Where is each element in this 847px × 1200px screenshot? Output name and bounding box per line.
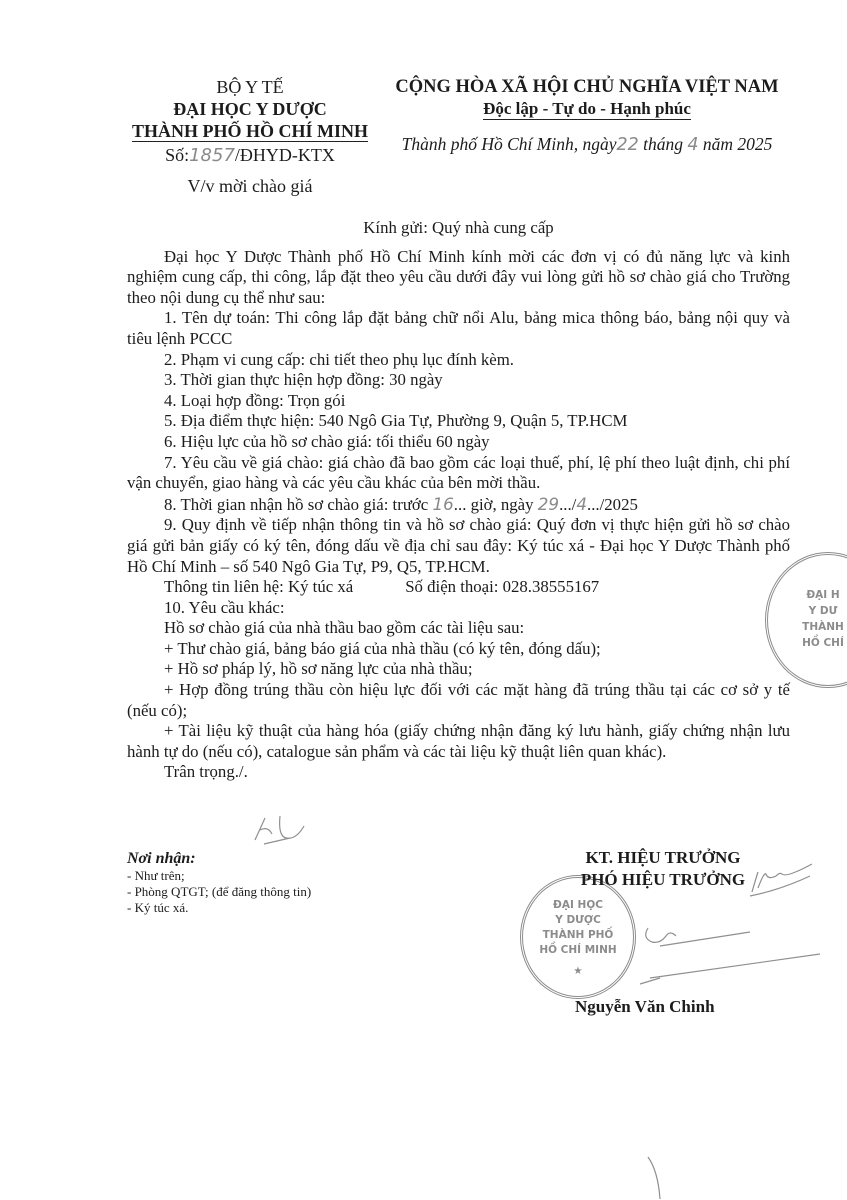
date-prefix: Thành phố Hồ Chí Minh, ngày xyxy=(402,134,617,154)
item-8: 8. Thời gian nhận hồ sơ chào giá: trước … xyxy=(127,494,790,516)
deadline-hour: 16 xyxy=(432,494,453,514)
ministry-name: BỘ Y TẾ xyxy=(100,76,400,98)
doc-number-prefix: Số: xyxy=(165,145,189,165)
item-8-prefix: 8. Thời gian nhận hồ sơ chào giá: trước xyxy=(164,495,428,514)
signer-name: Nguyễn Văn Chinh xyxy=(575,997,715,1017)
item-7: 7. Yêu cầu về giá chào: giá chào đã bao … xyxy=(127,453,790,494)
doc-number-suffix: /ĐHYD-KTX xyxy=(235,145,335,165)
closing: Trân trọng./. xyxy=(127,762,790,783)
issuer-block: BỘ Y TẾ ĐẠI HỌC Y DƯỢC THÀNH PHỐ HỒ CHÍ … xyxy=(100,76,400,197)
deadline-year: /2025 xyxy=(600,495,638,514)
item-10: 10. Yêu cầu khác: xyxy=(127,598,790,619)
item-8-hour-label: giờ, ngày xyxy=(471,495,534,514)
item-4: 4. Loại hợp đồng: Trọn gói xyxy=(127,391,790,412)
university-name-line2-text: THÀNH PHỐ HỒ CHÍ MINH xyxy=(132,121,368,142)
national-motto: Độc lập - Tự do - Hạnh phúc xyxy=(372,98,802,120)
document-requirement: + Thư chào giá, bảng báo giá của nhà thầ… xyxy=(127,639,790,660)
document-number: Số:1857/ĐHYD-KTX xyxy=(100,144,400,167)
recipients-title: Nơi nhận: xyxy=(127,850,427,868)
seal-line: Y DƯ xyxy=(758,603,847,619)
initials-scribble-icon xyxy=(250,810,320,846)
deadline-month: 4 xyxy=(576,494,587,514)
signature-scribble-icon xyxy=(600,860,820,990)
contact-line: Thông tin liên hệ: Ký túc xáSố điện thoạ… xyxy=(127,577,790,598)
item-2: 2. Phạm vi cung cấp: chi tiết theo phụ l… xyxy=(127,350,790,371)
recipient-item: - Phòng QTGT; (để đăng thông tin) xyxy=(127,884,427,900)
date-year: năm 2025 xyxy=(703,134,773,154)
intro-paragraph: Đại học Y Dược Thành phố Hồ Chí Minh kín… xyxy=(127,247,790,309)
recipient-item: - Như trên; xyxy=(127,868,427,884)
item-6: 6. Hiệu lực của hồ sơ chào giá: tối thiể… xyxy=(127,432,790,453)
contact-label: Thông tin liên hệ: Ký túc xá xyxy=(164,577,353,596)
document-requirement: + Tài liệu kỹ thuật của hàng hóa (giấy c… xyxy=(127,721,790,762)
pen-mark-icon xyxy=(640,1155,670,1200)
recipient-item: - Ký túc xá. xyxy=(127,900,427,916)
documents-intro: Hồ sơ chào giá của nhà thầu bao gồm các … xyxy=(127,618,790,639)
phone-number: Số điện thoại: 028.38555167 xyxy=(405,577,599,596)
document-requirement: + Hồ sơ pháp lý, hồ sơ năng lực của nhà … xyxy=(127,659,790,680)
date-month: 4 xyxy=(687,135,698,155)
date-day: 22 xyxy=(616,135,638,155)
letter-body: Kính gửi: Quý nhà cung cấp Đại học Y Dượ… xyxy=(127,218,790,783)
salutation: Kính gửi: Quý nhà cung cấp xyxy=(127,218,790,239)
date-month-label: tháng xyxy=(643,134,683,154)
doc-number-handwritten: 1857 xyxy=(189,145,235,166)
national-motto-text: Độc lập - Tự do - Hạnh phúc xyxy=(483,99,691,120)
seal-line: HỒ CHÍ xyxy=(758,635,847,651)
seal-line: THÀNH xyxy=(758,619,847,635)
national-header: CỘNG HÒA XÃ HỘI CHỦ NGHĨA VIỆT NAM Độc l… xyxy=(372,76,802,155)
item-9: 9. Quy định về tiếp nhận thông tin và hồ… xyxy=(127,515,790,577)
item-3: 3. Thời gian thực hiện hợp đồng: 30 ngày xyxy=(127,370,790,391)
university-name-line1: ĐẠI HỌC Y DƯỢC xyxy=(100,98,400,120)
deadline-day: 29 xyxy=(538,494,559,514)
document-subject: V/v mời chào giá xyxy=(100,175,400,197)
document-requirement: + Hợp đồng trúng thầu còn hiệu lực đối v… xyxy=(127,680,790,721)
seal-line: ĐẠI H xyxy=(758,587,847,603)
recipients-block: Nơi nhận: - Như trên; - Phòng QTGT; (để … xyxy=(127,850,427,916)
item-1: 1. Tên dự toán: Thi công lắp đặt bảng ch… xyxy=(127,308,790,349)
item-5: 5. Địa điểm thực hiện: 540 Ngô Gia Tự, P… xyxy=(127,411,790,432)
document-date: Thành phố Hồ Chí Minh, ngày22 tháng 4 nă… xyxy=(372,134,802,155)
university-name-line2: THÀNH PHỐ HỒ CHÍ MINH xyxy=(100,120,400,142)
nation-title: CỘNG HÒA XÃ HỘI CHỦ NGHĨA VIỆT NAM xyxy=(372,76,802,98)
